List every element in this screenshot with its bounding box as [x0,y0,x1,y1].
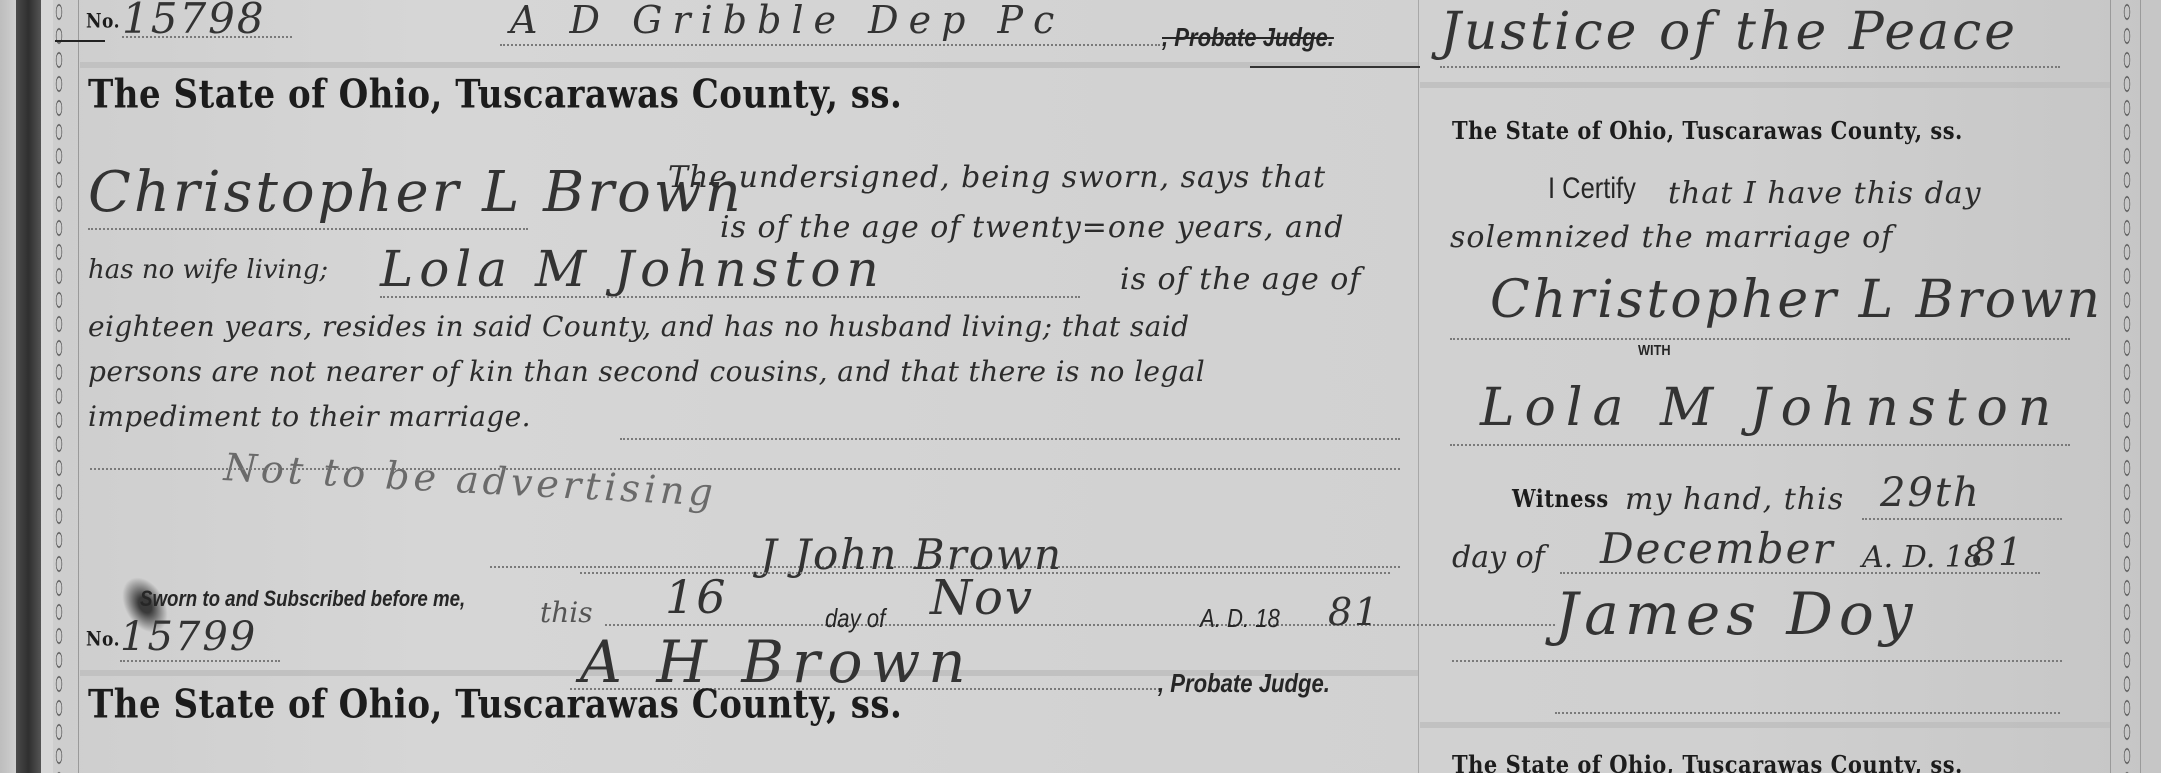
dotted-line [122,36,292,38]
witness-text: my hand, this [1625,482,1844,517]
certificate-year-suffix: 81 [1972,530,2024,574]
document-page: No. 15798 A D Gribble Dep Pc , Probate J… [0,0,2161,773]
dotted-line [500,44,1160,46]
sworn-year-suffix: 81 [1328,590,1380,634]
sworn-label: Sworn to and Subscribed before me, [140,586,465,612]
certify-bold: I Certify [1548,172,1636,206]
witness-bold: Witness [1512,484,1609,513]
affidavit-line3: eighteen years, resides in said County, … [88,310,1189,343]
note-not-to-be-advertised: Not to be advertising [223,445,718,515]
witness-day: 29th [1880,470,1981,516]
with-label: WITH [1638,342,1671,359]
dotted-line [1452,660,2062,662]
binding-spine [16,0,41,773]
right-rule [2110,0,2111,773]
record-number-next: 15799 [120,614,257,660]
bride-name: Lola M Johnston [380,240,885,298]
this-label: this [540,596,593,629]
deputy-signature: A D Gribble Dep Pc [510,0,1064,42]
sworn-month: Nov [930,570,1034,626]
probate-judge-title-struck: , Probate Judge. [1162,22,1334,53]
right-day-of-label: day of [1452,540,1545,575]
left-rule [78,0,79,773]
dotted-line [605,624,1555,626]
groom-name: Christopher L Brown [88,160,744,225]
certificate-month: December [1600,524,1835,573]
dotted-line [1862,518,2062,520]
state-county-heading: The State of Ohio, Tuscarawas County, ss… [88,72,902,118]
affidavit-line2-start: has no wife living; [88,255,328,285]
record-separator-top [80,62,1418,68]
officiant-signature: James Doy [1555,580,1919,648]
left-chain-border [53,0,65,773]
record-number-label-top: No. [86,10,120,33]
dotted-line [1450,338,2070,340]
dotted-line [1450,444,2070,446]
affidavit-line4: persons are not nearer of kin than secon… [88,355,1205,388]
officiant-title-justice-of-the-peace: Justice of the Peace [1440,2,2018,62]
right-chain-border [2121,0,2133,773]
dotted-line [1555,712,2060,714]
next-state-county-heading: The State of Ohio, Tuscarawas County, ss… [88,682,902,728]
right-next-state-county-heading: The State of Ohio, Tuscarawas County, ss… [1452,750,1963,773]
sworn-day: 16 [665,570,728,624]
right-year-label: A. D. 18 [1862,540,1983,575]
binding-edge [0,0,16,773]
affidavit-line2-rest: is of the age of [1120,262,1361,297]
year-label: A. D. 18 [1200,603,1280,634]
certificate-bride-name: Lola M Johnston [1480,378,2061,438]
probate-judge-title: , Probate Judge. [1158,668,1330,699]
binding-margin [41,0,53,773]
dotted-line [380,296,1080,298]
margin-tick [55,40,105,42]
certificate-groom-name: Christopher L Brown [1490,270,2103,330]
dotted-line [88,228,528,230]
right-rule-outer [2140,0,2141,773]
column-divider [1418,0,1419,773]
affidavit-line5: impediment to their marriage. [88,400,531,433]
certify-line2: solemnized the marriage of [1450,220,1893,255]
right-state-county-heading: The State of Ohio, Tuscarawas County, ss… [1452,116,1963,145]
dotted-line [620,438,1400,440]
affidavit-intro: The undersigned, being sworn, says that [668,160,1326,195]
record-separator-bottom-right [1420,722,2110,728]
certify-text: that I have this day [1668,176,1982,211]
dotted-line [1440,66,2060,68]
record-number-label-next: No. [86,628,120,651]
record-separator-top-right [1420,82,2110,88]
dotted-line [90,468,1400,470]
dotted-line [120,660,280,662]
underline-stroke [1250,66,1420,68]
